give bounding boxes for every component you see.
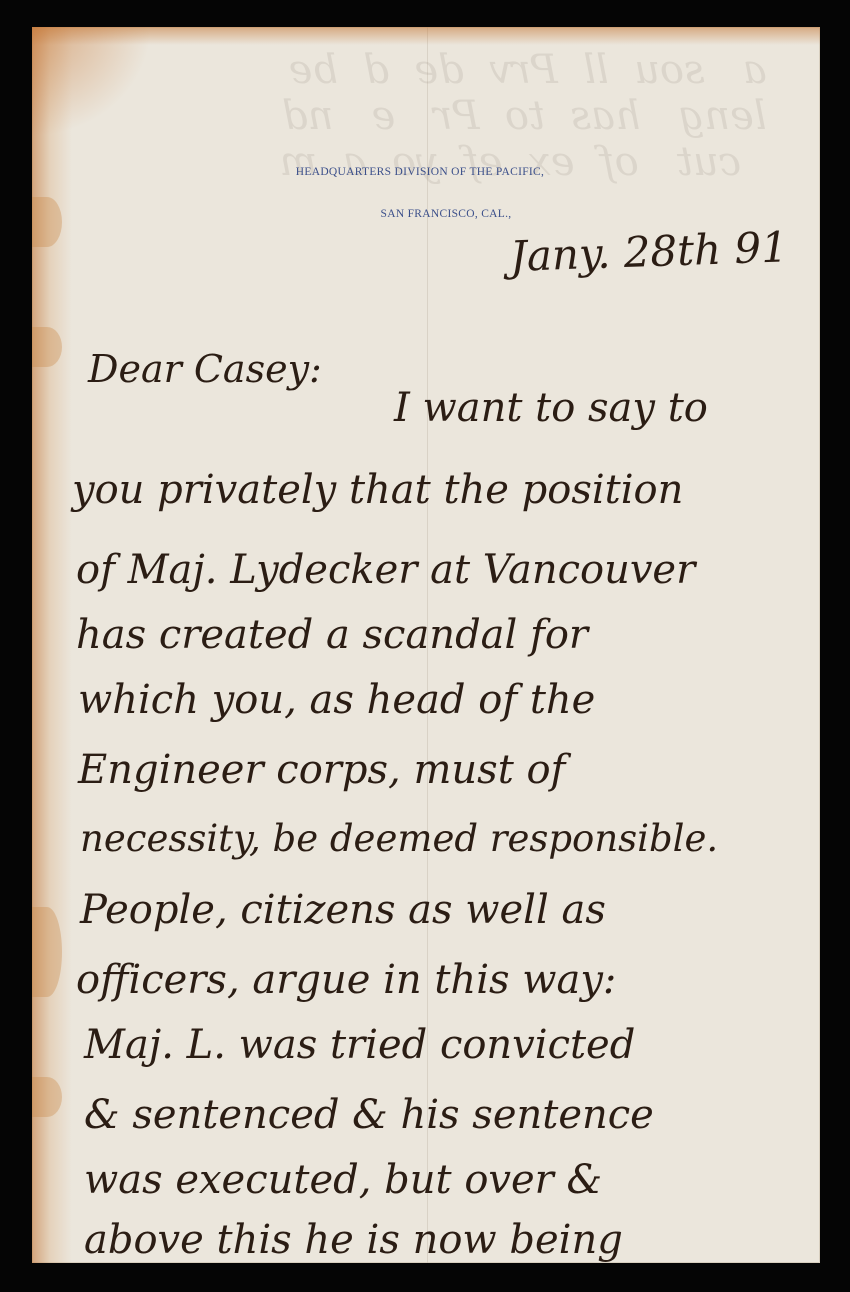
letterhead-line-1: HEADQUARTERS DIVISION OF THE PACIFIC, bbox=[32, 166, 814, 178]
body-line: officers, argue in this way: bbox=[76, 957, 616, 1003]
letter-date: Jany. 28th 91 bbox=[509, 222, 788, 281]
stain-spot bbox=[32, 327, 62, 367]
body-line: Maj. L. was tried convicted bbox=[84, 1022, 635, 1068]
body-line: you privately that the position bbox=[72, 467, 683, 513]
body-line: I want to say to bbox=[394, 385, 708, 431]
body-line: necessity, be deemed responsible. bbox=[80, 817, 718, 860]
salutation: Dear Casey: bbox=[88, 347, 322, 391]
body-line: & sentenced & his sentence bbox=[84, 1092, 654, 1138]
stain-spot bbox=[32, 1077, 62, 1117]
body-line: which you, as head of the bbox=[78, 677, 595, 723]
body-line: above this he is now being bbox=[84, 1217, 623, 1263]
letter-page: a sou ll Prv de d be leng has to Pr e nd… bbox=[32, 27, 820, 1263]
body-line: has created a scandal for bbox=[76, 612, 588, 658]
letterhead-line-2: SAN FRANCISCO, CAL., bbox=[52, 208, 820, 220]
body-line: was executed, but over & bbox=[84, 1157, 602, 1203]
stain-spot bbox=[32, 197, 62, 247]
stain-spot bbox=[32, 907, 62, 997]
body-line: People, citizens as well as bbox=[80, 887, 606, 933]
body-line: of Maj. Lydecker at Vancouver bbox=[76, 547, 695, 593]
body-line: Engineer corps, must of bbox=[78, 747, 565, 793]
